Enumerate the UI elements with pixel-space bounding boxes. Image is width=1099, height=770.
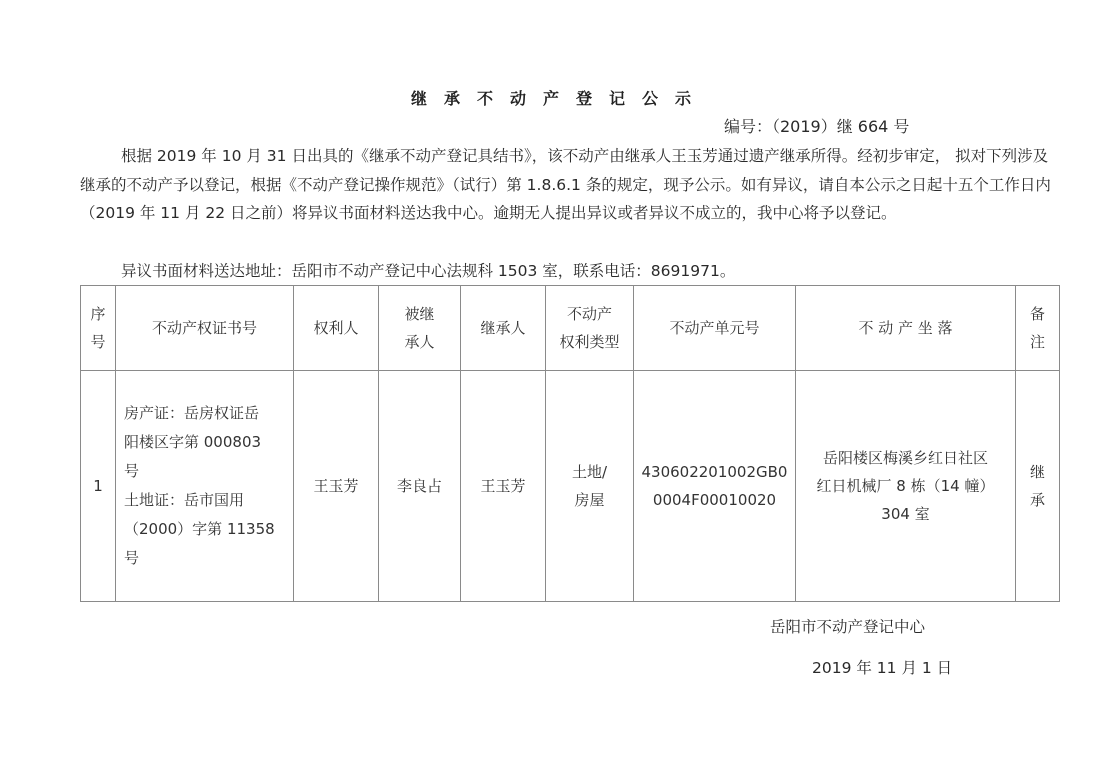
header-right-holder: 权利人 <box>294 286 379 371</box>
cell-index: 1 <box>81 371 116 602</box>
header-location: 不 动 产 坐 落 <box>796 286 1016 371</box>
header-index: 序号 <box>81 286 116 371</box>
cell-location: 岳阳楼区梅溪乡红日社区红日机械厂 8 栋（14 幢）304 室 <box>796 371 1016 602</box>
cell-decedent: 李良占 <box>379 371 461 602</box>
registration-table: 序号 不动产权证书号 权利人 被继承人 继承人 不动产权利类型 不动产单元号 不… <box>80 285 1060 602</box>
cell-right-type: 土地/房屋 <box>546 371 634 602</box>
cell-right-holder: 王玉芳 <box>294 371 379 602</box>
page-title: 继承不动产登记公示 <box>0 86 1099 109</box>
document-number: 编号：（2019）继 664 号 <box>724 114 909 137</box>
table-row: 1 房产证：岳房权证岳 阳楼区字第 000803 号 土地证：岳市国用 （200… <box>81 371 1060 602</box>
cell-unit-number: 430602201002GB00004F00010020 <box>634 371 796 602</box>
header-certificate-number: 不动产权证书号 <box>116 286 294 371</box>
table-header-row: 序号 不动产权证书号 权利人 被继承人 继承人 不动产权利类型 不动产单元号 不… <box>81 286 1060 371</box>
issuing-organization: 岳阳市不动产登记中心 <box>770 615 925 637</box>
cell-certificate-number: 房产证：岳房权证岳 阳楼区字第 000803 号 土地证：岳市国用 （2000）… <box>116 371 294 602</box>
header-unit-number: 不动产单元号 <box>634 286 796 371</box>
header-right-type: 不动产权利类型 <box>546 286 634 371</box>
header-remark: 备注 <box>1016 286 1060 371</box>
header-decedent: 被继承人 <box>379 286 461 371</box>
cell-heir: 王玉芳 <box>461 371 546 602</box>
objection-address-paragraph: 异议书面材料送达地址：岳阳市不动产登记中心法规科 1503 室，联系电话：869… <box>80 257 1055 286</box>
notice-body-paragraph: 根据 2019 年 10 月 31 日出具的《继承不动产登记具结书》，该不动产由… <box>80 142 1055 228</box>
issue-date: 2019 年 11 月 1 日 <box>812 656 952 678</box>
cell-remark: 继承 <box>1016 371 1060 602</box>
header-heir: 继承人 <box>461 286 546 371</box>
